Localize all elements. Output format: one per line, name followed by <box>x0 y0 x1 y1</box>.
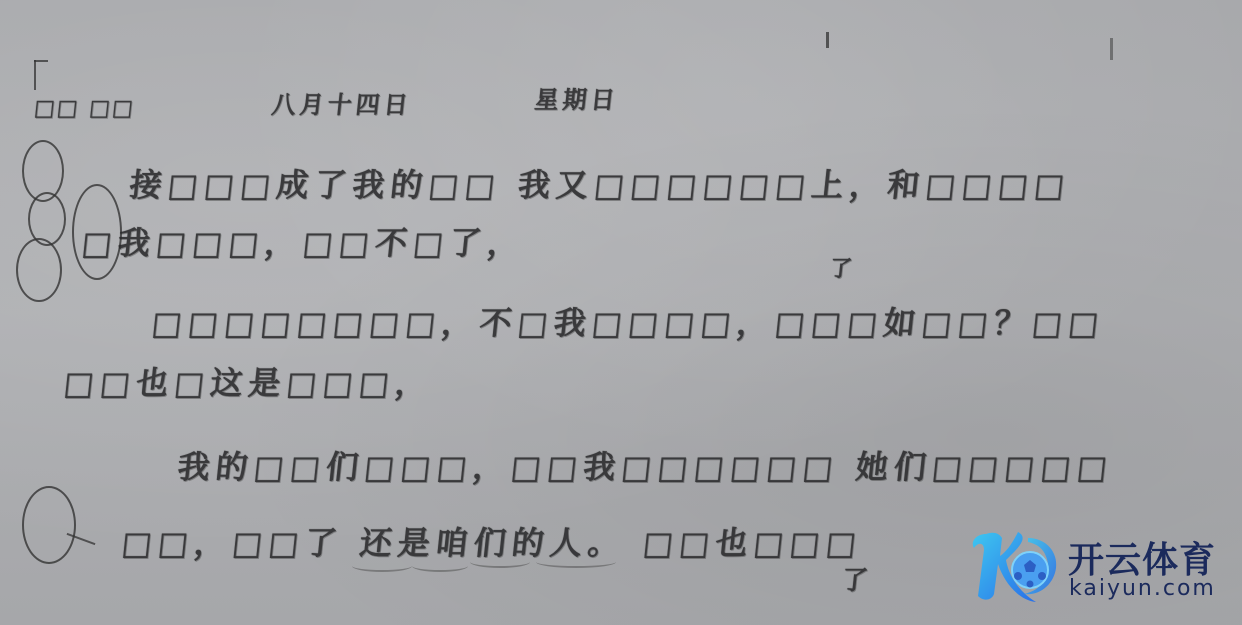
emphasis-underline <box>536 556 616 568</box>
letter-line-5: 我的□□们□□□，□□我□□□□□□ 她们□□□□□ <box>176 442 1116 488</box>
emphasis-underline <box>412 560 468 572</box>
watermark-en-text: kaiyun.com <box>1069 576 1216 601</box>
emphasis-underline <box>470 556 530 568</box>
corner-tick-mark <box>34 60 36 90</box>
insertion-mark-upper: 了 <box>828 252 859 283</box>
bottom-circled-mark <box>22 486 76 564</box>
kaiyun-watermark-logo: 开云体育 kaiyun.com <box>958 520 1238 610</box>
stray-mark <box>826 32 829 48</box>
letter-date: 八月十四日 <box>270 85 414 120</box>
letter-line-2: □我□□□，□□不□了， <box>80 218 528 264</box>
margin-loop-bottom <box>16 238 62 302</box>
insertion-mark-lower: 了 <box>840 560 876 597</box>
emphasis-underline <box>352 560 412 572</box>
corner-tick-mark <box>34 60 48 62</box>
letter-line-4: □□也□这是□□□， <box>62 358 436 404</box>
letter-weekday: 星期日 <box>533 80 621 115</box>
corner-note: □□ □□ <box>33 96 136 121</box>
letter-line-1: 接□□□成了我的□□ 我又□□□□□□上，和□□□□ <box>128 160 1074 206</box>
kaiyun-k-ball-icon <box>958 520 1068 610</box>
letter-line-3: □□□□□□□□，不□我□□□□，□□□如□□？□□ <box>150 298 1108 344</box>
stray-mark <box>1110 38 1113 60</box>
